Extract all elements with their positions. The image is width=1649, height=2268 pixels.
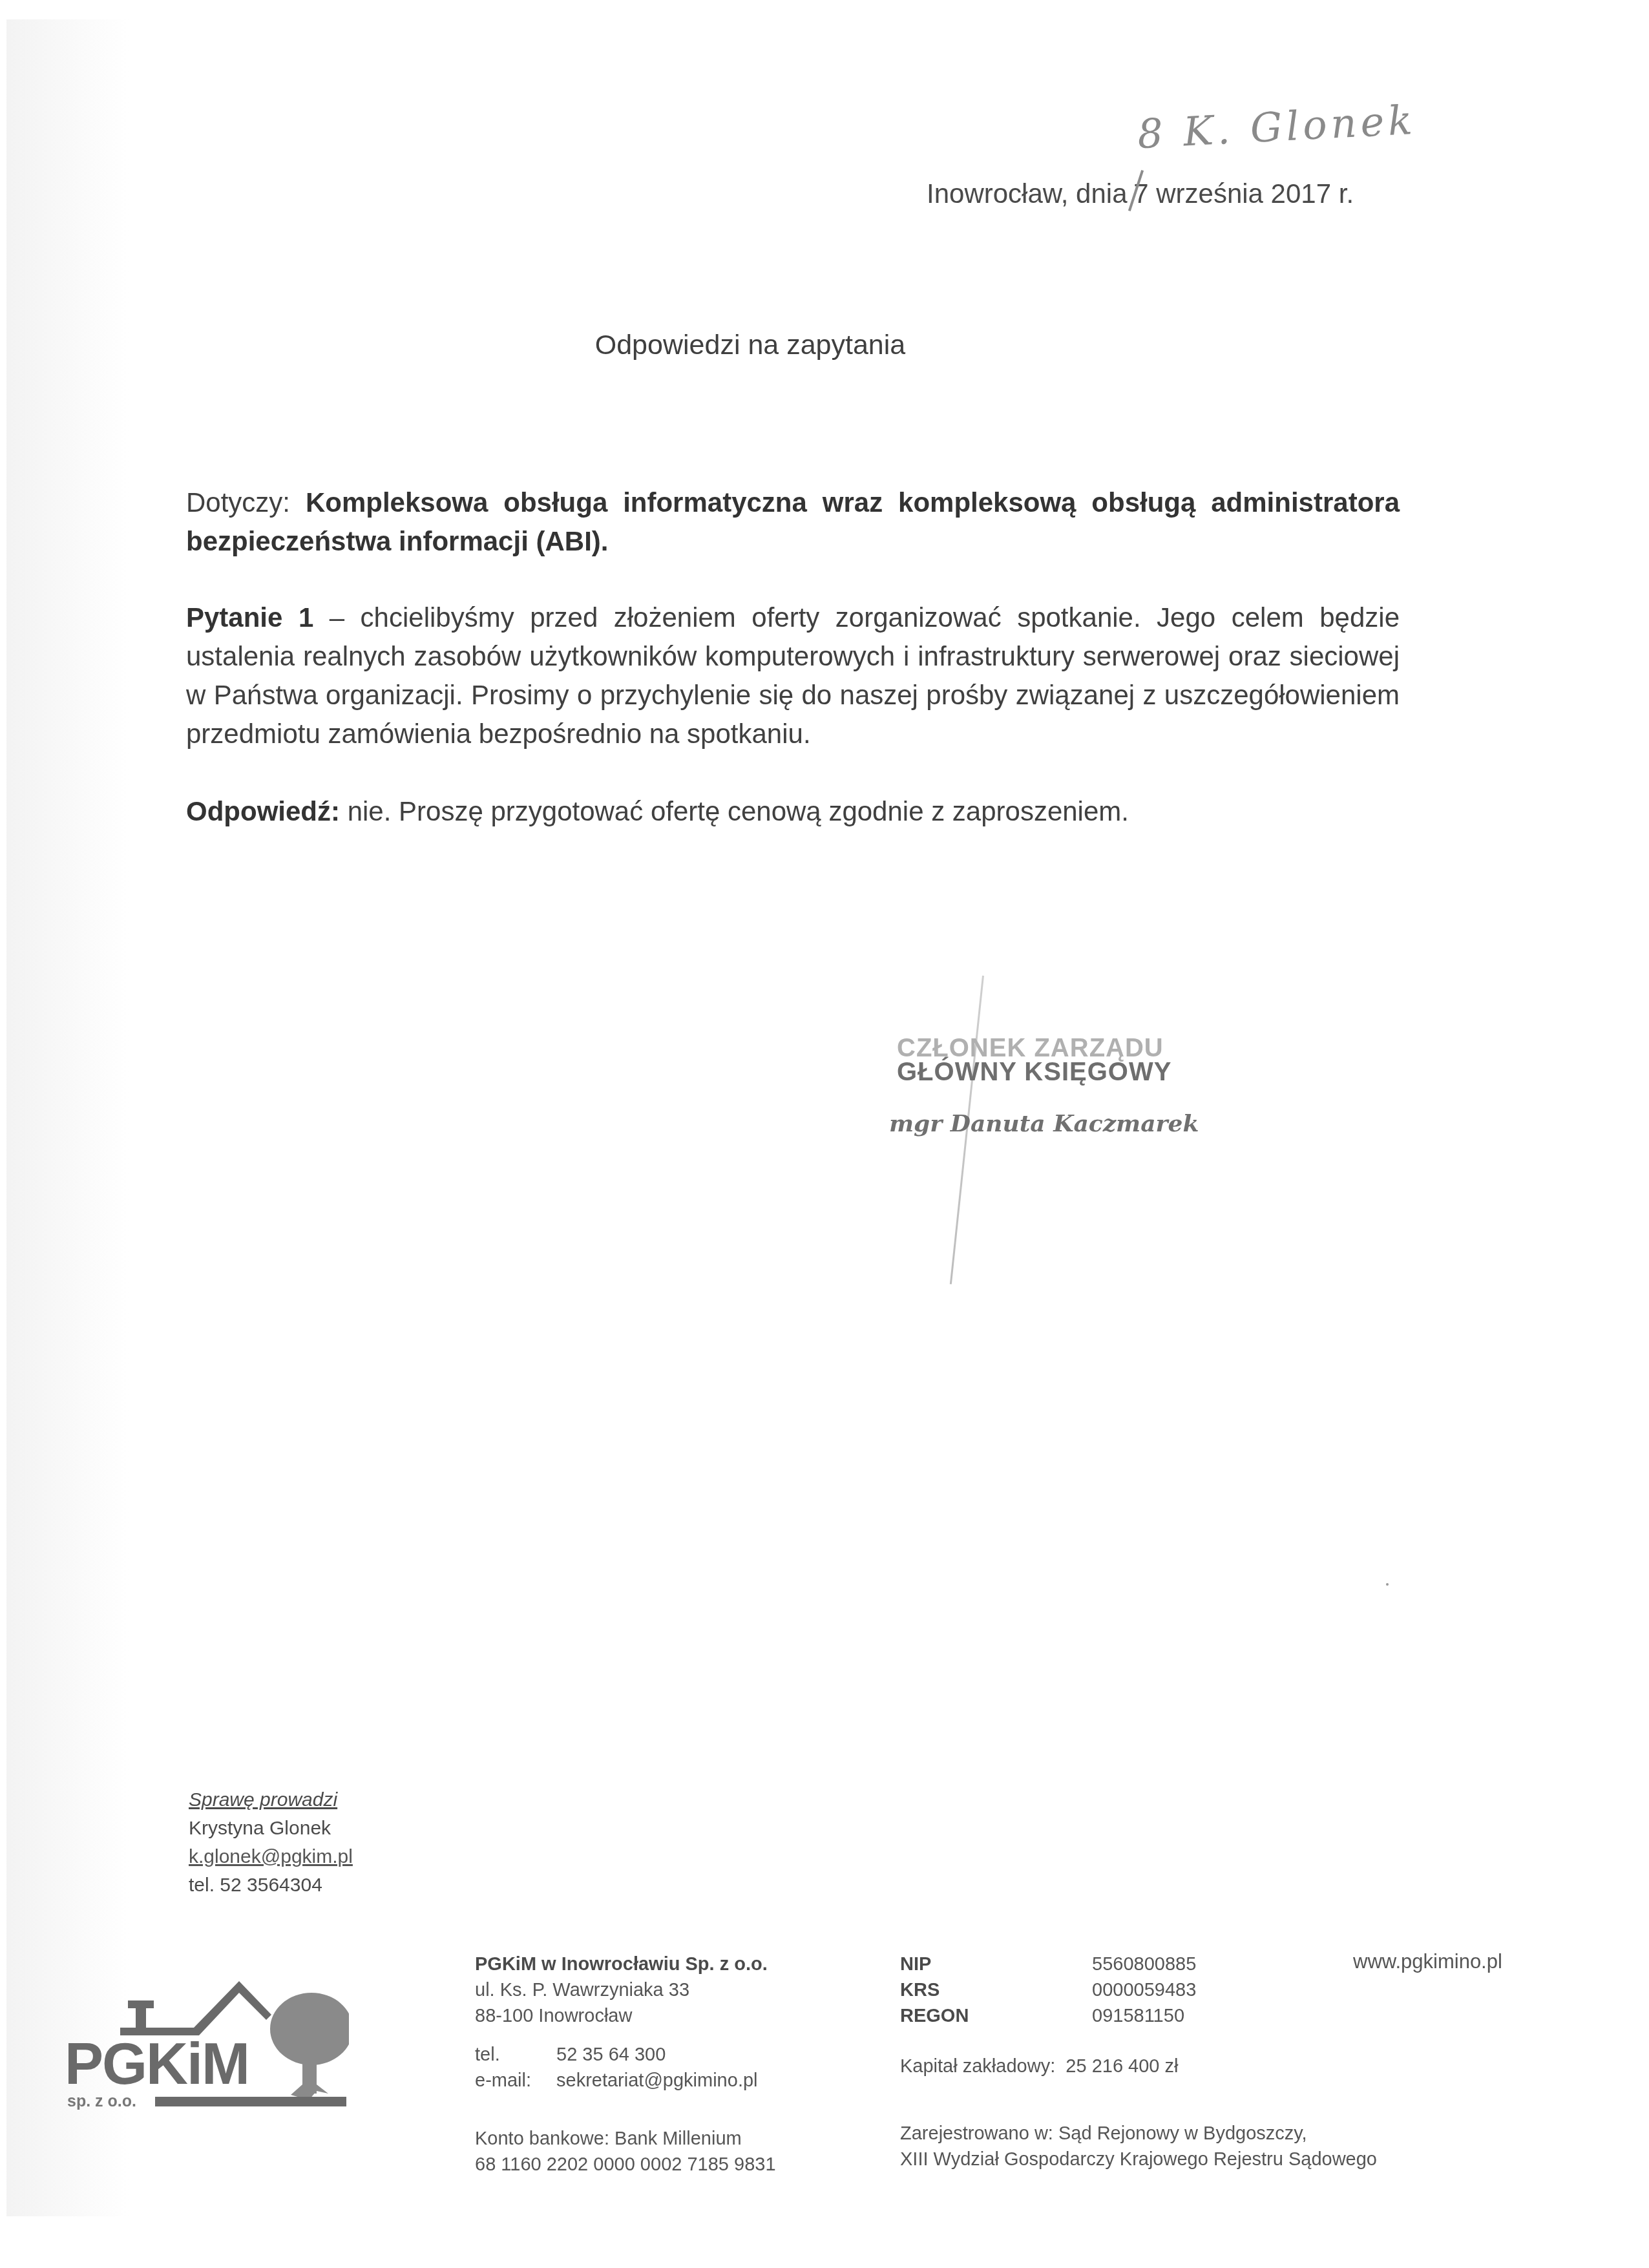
- logo-underline-bar: [155, 2097, 346, 2106]
- footer-registry-ids: NIP5560800885 KRS0000059483 REGON0915811…: [900, 1951, 1196, 2029]
- footer-regon: 091581150: [1092, 2006, 1184, 2026]
- case-handler-label: Sprawę prowadzi: [189, 1786, 353, 1814]
- case-handler: Sprawę prowadzi Krystyna Glonek k.glonek…: [189, 1786, 353, 1900]
- subject-paragraph: Dotyczy: Kompleksowa obsługa informatycz…: [186, 483, 1400, 561]
- question-label: Pytanie 1: [186, 602, 313, 633]
- footer-krs-label: KRS: [900, 1977, 1092, 2003]
- logo-suffix: sp. z o.o.: [67, 2092, 136, 2111]
- footer-capital: Kapitał zakładowy: 25 216 400 zł: [900, 2053, 1178, 2079]
- answer-label: Odpowiedź:: [186, 796, 340, 826]
- footer-street: ul. Ks. P. Wawrzyniaka 33: [475, 1977, 768, 2003]
- answer-paragraph: Odpowiedź: nie. Proszę przygotować ofert…: [186, 792, 1400, 831]
- footer-capital-label: Kapitał zakładowy:: [900, 2056, 1055, 2077]
- case-handler-email-link[interactable]: k.glonek@pgkim.pl: [189, 1843, 353, 1871]
- footer-bank-name: Konto bankowe: Bank Millenium: [475, 2126, 776, 2152]
- subject-text: Kompleksowa obsługa informatyczna wraz k…: [186, 487, 1400, 556]
- case-handler-name: Krystyna Glonek: [189, 1814, 353, 1843]
- footer-nip: 5560800885: [1092, 1954, 1196, 1975]
- place-date: Inowrocław, dnia 7 września 2017 r.: [927, 169, 1354, 212]
- footer-company-name: PGKiM w Inowrocławiu Sp. z o.o.: [475, 1951, 768, 1977]
- official-stamp: CZŁONEK ZARZĄDU GŁÓWNY KSIĘGOWY mgr Danu…: [897, 1034, 1199, 1137]
- footer-registration: Zarejestrowano w: Sąd Rejonowy w Bydgosz…: [900, 2121, 1377, 2172]
- question-text: – chcielibyśmy przed złożeniem oferty zo…: [186, 602, 1400, 749]
- footer-tel: 52 35 64 300: [556, 2044, 666, 2065]
- company-logo: PGKiM sp. z o.o.: [58, 1964, 349, 2106]
- answer-text: nie. Proszę przygotować ofertę cenową zg…: [348, 796, 1129, 826]
- footer-company-address: PGKiM w Inowrocławiu Sp. z o.o. ul. Ks. …: [475, 1951, 768, 2029]
- footer-registration-line-1: Zarejestrowano w: Sąd Rejonowy w Bydgosz…: [900, 2121, 1377, 2147]
- footer-nip-label: NIP: [900, 1951, 1092, 1977]
- stamp-line-2: GŁÓWNY KSIĘGOWY: [897, 1058, 1199, 1087]
- footer-contact: tel.52 35 64 300 e-mail:sekretariat@pgki…: [475, 2042, 758, 2094]
- handwritten-note: 8 K. Glonek: [1136, 96, 1417, 158]
- footer-city: 88-100 Inowrocław: [475, 2003, 768, 2029]
- scan-speck: [1386, 1583, 1389, 1586]
- footer-bank: Konto bankowe: Bank Millenium 68 1160 22…: [475, 2126, 776, 2178]
- case-handler-phone: tel. 52 3564304: [189, 1871, 353, 1900]
- footer-website-link[interactable]: www.pgkimino.pl: [1353, 1949, 1502, 1975]
- footer-krs: 0000059483: [1092, 1980, 1196, 2000]
- place-date-prefix: Inowrocław, dnia: [927, 178, 1128, 209]
- footer-bank-account: 68 1160 2202 0000 0002 7185 9831: [475, 2152, 776, 2178]
- footer-capital-value: 25 216 400 zł: [1066, 2056, 1178, 2077]
- footer-tel-label: tel.: [475, 2042, 556, 2068]
- footer-registration-line-2: XIII Wydział Gospodarczy Krajowego Rejes…: [900, 2147, 1377, 2172]
- footer-email-label: e-mail:: [475, 2068, 556, 2094]
- footer-email-link[interactable]: sekretariat@pgkimino.pl: [556, 2070, 758, 2091]
- footer-regon-label: REGON: [900, 2003, 1092, 2029]
- logo-wordmark: PGKiM: [65, 2032, 249, 2098]
- subject-label: Dotyczy:: [186, 487, 290, 518]
- document-title: Odpowiedzi na zapytania: [0, 330, 1649, 361]
- question-paragraph: Pytanie 1 – chcielibyśmy przed złożeniem…: [186, 598, 1400, 753]
- place-date-suffix: września 2017 r.: [1156, 178, 1354, 209]
- stamp-signatory: mgr Danuta Kaczmarek: [889, 1110, 1199, 1137]
